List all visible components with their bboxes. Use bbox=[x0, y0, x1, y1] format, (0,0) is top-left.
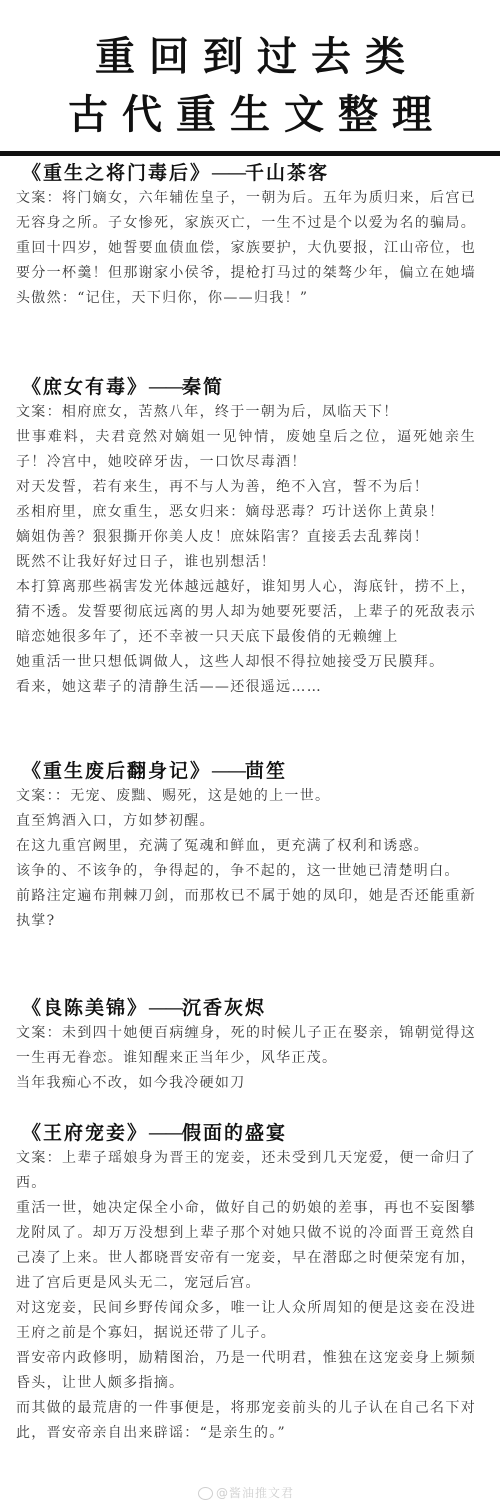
synopsis-paragraph: 她重活一世只想低调做人，这些人却恨不得拉她接受万民膜拜。 bbox=[14, 650, 476, 675]
synopsis-paragraph: 文案：上辈子瑶娘身为晋王的宠妾，还未受到几天宠爱，便一命归了西。 bbox=[14, 1146, 476, 1196]
synopsis-paragraph: 既然不让我好好过日子，谁也别想活！ bbox=[14, 550, 476, 575]
synopsis-paragraph: 该争的、不该争的，争得起的，争不起的，这一世她已清楚明白。 bbox=[14, 859, 476, 884]
novel-heading: 《王府宠妾》——假面的盛宴 bbox=[22, 1120, 476, 1146]
synopsis-paragraph: 文案：将门嫡女，六年辅佐皇子，一朝为后。五年为质归来，后宫已无容身之所。子女惨死… bbox=[14, 186, 476, 311]
synopsis-paragraph: 对这宠妾，民间乡野传闻众多，唯一让人众所周知的便是这妾在没进王府之前是个寡妇，据… bbox=[14, 1296, 476, 1346]
synopsis-paragraph: 重活一世，她决定保全小命，做好自己的奶娘的差事，再也不妄图攀龙附凤了。却万万没想… bbox=[14, 1196, 476, 1296]
novel-heading: 《良陈美锦》——沉香灰烬 bbox=[22, 995, 476, 1021]
synopsis-paragraph: 本打算离那些祸害发光体越远越好，谁知男人心，海底针，捞不上，猜不透。发誓要彻底远… bbox=[14, 575, 476, 650]
watermark: @酱油推文君 bbox=[198, 1484, 294, 1500]
novel-title: 《重生之将门毒后》 bbox=[22, 162, 211, 184]
header-divider bbox=[0, 151, 500, 156]
novel-author: 秦简 bbox=[182, 376, 224, 398]
novel-entry-2: 《庶女有毒》——秦简 文案：相府庶女，苦熬八年，终于一朝为后，凤临天下！ 世事难… bbox=[14, 374, 476, 700]
novel-title: 《庶女有毒》 bbox=[22, 376, 148, 398]
page-title-line-1: 重回到过去类 bbox=[14, 28, 500, 86]
novel-entry-3: 《重生废后翻身记》——茴笙 文案：：无宠、废黜、赐死，这是她的上一世。 直至鸩酒… bbox=[14, 758, 476, 934]
novel-list: 《重生之将门毒后》——千山茶客 文案：将门嫡女，六年辅佐皇子，一朝为后。五年为质… bbox=[14, 160, 476, 1446]
synopsis-paragraph: 当年我痴心不改，如今我冷硬如刀 bbox=[14, 1071, 476, 1096]
novel-title: 《王府宠妾》 bbox=[22, 1122, 148, 1144]
synopsis-paragraph: 嫡姐伪善？狠狠撕开你美人皮！庶妹陷害？直接丢去乱葬岗！ bbox=[14, 525, 476, 550]
dash: —— bbox=[148, 1122, 182, 1144]
novel-entry-5: 《王府宠妾》——假面的盛宴 文案：上辈子瑶娘身为晋王的宠妾，还未受到几天宠爱，便… bbox=[14, 1120, 476, 1446]
novel-title: 《重生废后翻身记》 bbox=[22, 760, 211, 782]
synopsis-paragraph: 文案：相府庶女，苦熬八年，终于一朝为后，凤临天下！ bbox=[14, 400, 476, 425]
synopsis-paragraph: 在这九重宫阙里，充满了冤魂和鲜血，更充满了权利和诱惑。 bbox=[14, 834, 476, 859]
novel-heading: 《庶女有毒》——秦简 bbox=[22, 374, 476, 400]
novel-author: 沉香灰烬 bbox=[182, 997, 266, 1019]
synopsis-paragraph: 看来，她这辈子的清静生活——还很遥远…… bbox=[14, 675, 476, 700]
novel-entry-1: 《重生之将门毒后》——千山茶客 文案：将门嫡女，六年辅佐皇子，一朝为后。五年为质… bbox=[14, 160, 476, 311]
dash: —— bbox=[148, 376, 182, 398]
synopsis-paragraph: 世事难料，夫君竟然对嫡姐一见钟情，废她皇后之位，逼死她亲生子！冷宫中，她咬碎牙齿… bbox=[14, 425, 476, 475]
synopsis-paragraph: 而其做的最荒唐的一件事便是，将那宠妾前头的儿子认在自己名下对此，晋安帝亲自出来辟… bbox=[14, 1396, 476, 1446]
synopsis-paragraph: 文案：：无宠、废黜、赐死，这是她的上一世。 bbox=[14, 784, 476, 809]
dash: —— bbox=[148, 997, 182, 1019]
page-title-line-2: 古代重生文整理 bbox=[14, 86, 500, 144]
synopsis-paragraph: 前路注定遍布荆棘刀剑，而那枚已不属于她的凤印，她是否还能重新执掌? bbox=[14, 884, 476, 934]
page-header: 重回到过去类 古代重生文整理 bbox=[0, 28, 500, 144]
dash: —— bbox=[211, 162, 245, 184]
weibo-icon bbox=[198, 1487, 213, 1500]
synopsis-paragraph: 文案：未到四十她便百病缠身，死的时候儿子正在娶亲，锦朝觉得这一生再无眷恋。谁知醒… bbox=[14, 1021, 476, 1071]
novel-author: 茴笙 bbox=[245, 760, 287, 782]
watermark-text: @酱油推文君 bbox=[216, 1486, 294, 1500]
novel-heading: 《重生之将门毒后》——千山茶客 bbox=[22, 160, 476, 186]
synopsis-paragraph: 晋安帝内政修明，励精图治，乃是一代明君，惟独在这宠妾身上频频昏头，让世人颇多指摘… bbox=[14, 1346, 476, 1396]
synopsis-paragraph: 丞相府里，庶女重生，恶女归来：嫡母恶毒？巧计送你上黄泉！ bbox=[14, 500, 476, 525]
novel-author: 千山茶客 bbox=[245, 162, 329, 184]
synopsis-paragraph: 直至鸩酒入口，方如梦初醒。 bbox=[14, 809, 476, 834]
novel-author: 假面的盛宴 bbox=[182, 1122, 287, 1144]
dash: —— bbox=[211, 760, 245, 782]
novel-entry-4: 《良陈美锦》——沉香灰烬 文案：未到四十她便百病缠身，死的时候儿子正在娶亲，锦朝… bbox=[14, 995, 476, 1096]
novel-title: 《良陈美锦》 bbox=[22, 997, 148, 1019]
novel-heading: 《重生废后翻身记》——茴笙 bbox=[22, 758, 476, 784]
synopsis-paragraph: 对天发誓，若有来生，再不与人为善，绝不入宫，誓不为后！ bbox=[14, 475, 476, 500]
